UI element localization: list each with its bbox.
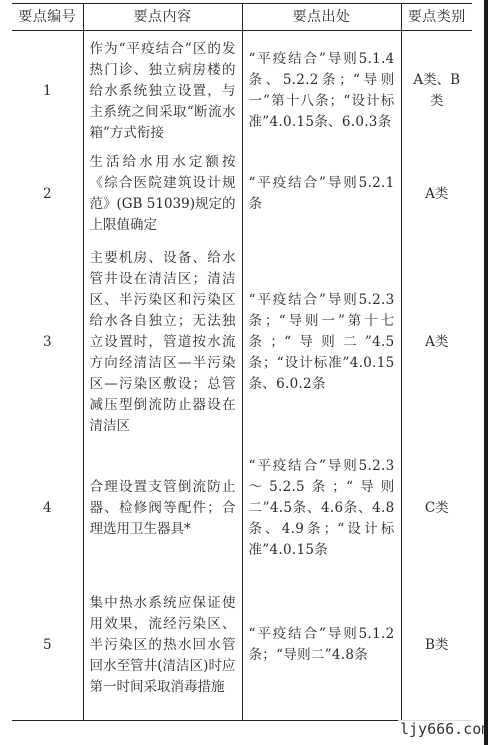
table-row: 2 生活给水用水定额按《综合医院建筑设计规范》(GB 51039)规定的上限值确… <box>12 151 472 237</box>
key-points-table: 要点编号 要点内容 要点出处 要点类别 1 作为“平疫结合”区的发热门诊、独立病… <box>12 3 472 721</box>
point-number: 3 <box>12 237 83 447</box>
document-page: 要点编号 要点内容 要点出处 要点类别 1 作为“平疫结合”区的发热门诊、独立病… <box>0 0 484 745</box>
point-source: “平疫结合”导则5.2.1条 <box>242 151 401 237</box>
point-content: 合理设置支管倒流防止器、检修阀等配件；合理选用卫生器具* <box>83 447 242 570</box>
header-point-source: 要点出处 <box>242 4 401 31</box>
point-number: 5 <box>12 570 83 721</box>
point-category: B类 <box>401 570 472 721</box>
header-point-content: 要点内容 <box>83 4 242 31</box>
point-source: “平疫结合”导则5.1.4条、5.2.2条；“导则一”第十八条；“设计标准”4.… <box>242 31 401 152</box>
edge-strip <box>484 0 488 745</box>
watermark: ljy666.com <box>398 720 488 738</box>
table-row: 5 集中热水系统应保证使用效果，流经污染区、半污染区的热水回水管回水至管井(清洁… <box>12 570 472 721</box>
point-source: “平疫结合”导则5.2.3～5.2.5条；“导则二”4.5条、4.6条、4.8条… <box>242 447 401 570</box>
point-content: 主要机房、设备、给水管井设在清洁区；清洁区、半污染区和污染区给水各自独立；无法独… <box>83 237 242 447</box>
point-content: 集中热水系统应保证使用效果，流经污染区、半污染区的热水回水管回水至管井(清洁区)… <box>83 570 242 721</box>
point-number: 4 <box>12 447 83 570</box>
point-category: A类、B类 <box>401 31 472 152</box>
point-content: 作为“平疫结合”区的发热门诊、独立病房楼的给水系统独立设置，与主系统之间采取“断… <box>83 31 242 152</box>
point-category: A类 <box>401 151 472 237</box>
table-row: 3 主要机房、设备、给水管井设在清洁区；清洁区、半污染区和污染区给水各自独立；无… <box>12 237 472 447</box>
header-point-number: 要点编号 <box>12 4 83 31</box>
header-point-category: 要点类别 <box>401 4 472 31</box>
point-number: 1 <box>12 31 83 152</box>
table-header-row: 要点编号 要点内容 要点出处 要点类别 <box>12 4 472 31</box>
table-row: 1 作为“平疫结合”区的发热门诊、独立病房楼的给水系统独立设置，与主系统之间采取… <box>12 31 472 152</box>
point-number: 2 <box>12 151 83 237</box>
point-content: 生活给水用水定额按《综合医院建筑设计规范》(GB 51039)规定的上限值确定 <box>83 151 242 237</box>
point-category: A类 <box>401 237 472 447</box>
point-category: C类 <box>401 447 472 570</box>
point-source: “平疫结合”导则5.2.3条；“导则一”第十七条；“导则二”4.5条；“设计标准… <box>242 237 401 447</box>
table-row: 4 合理设置支管倒流防止器、检修阀等配件；合理选用卫生器具* “平疫结合”导则5… <box>12 447 472 570</box>
point-source: “平疫结合”导则5.1.2条；“导则二”4.8条 <box>242 570 401 721</box>
